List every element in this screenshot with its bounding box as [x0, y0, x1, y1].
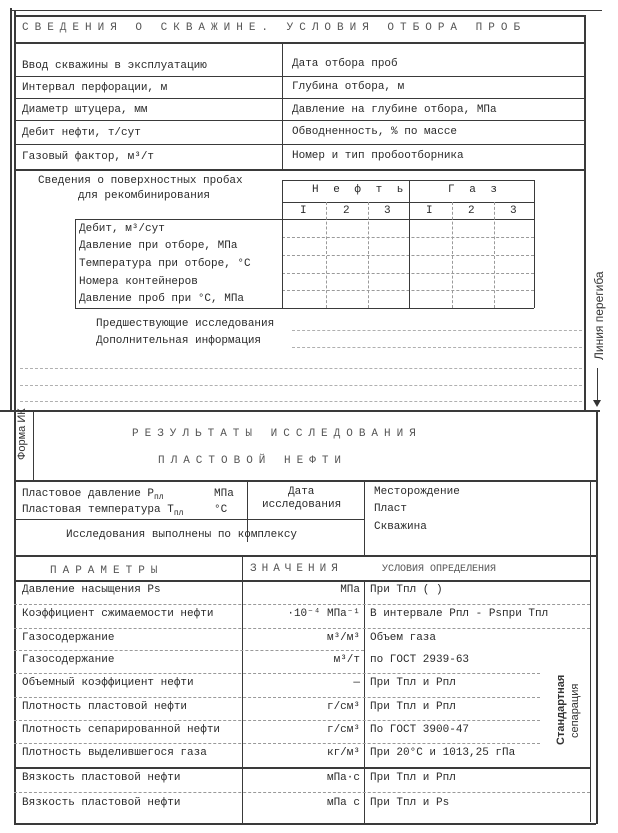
surface-samples-heading-2: для рекомбинирования [78, 190, 210, 203]
samples-table-line [282, 237, 534, 238]
label-additional-info: Дополнительная информация [96, 335, 261, 348]
header-parameters: ПАРАМЕТРЫ [50, 565, 163, 578]
param-unit: кг/м³ [242, 747, 360, 760]
params-row-line [14, 767, 590, 769]
standard-separation-label-1: Стандартная [555, 675, 567, 745]
col-gas-2: 2 [468, 205, 475, 218]
unit-celsius: °C [214, 504, 227, 517]
grid-divider [282, 44, 283, 169]
sec2-border-right [596, 412, 598, 824]
param-unit: ·10⁻⁴ МПа⁻¹ [242, 608, 360, 621]
sec2-border-left [14, 412, 16, 824]
header-conditions: УСЛОВИЯ ОПРЕДЕЛЕНИЯ [382, 563, 496, 576]
label-layer: Пласт [374, 503, 407, 516]
params-row-line [14, 673, 540, 674]
fold-arrow-icon [593, 400, 601, 407]
params-header-bottom [14, 580, 590, 582]
label-choke-diameter: Диаметр штуцера, мм [22, 104, 147, 117]
samples-table-divider [282, 180, 283, 308]
label-gas-factor: Газовый фактор, м³/т [22, 151, 154, 164]
col-oil-3: 3 [384, 205, 391, 218]
grid-line [14, 169, 584, 171]
param-condition: При Тпл и Рпл [370, 772, 456, 785]
params-row-line [14, 697, 540, 698]
samples-col-line [494, 202, 495, 308]
param-condition: При Тпл ( ) [370, 584, 443, 597]
params-row-line [14, 650, 364, 651]
param-condition: При Тпл и Рпл [370, 701, 456, 714]
form-label: Форма ИК [16, 408, 28, 460]
col-oil-1: I [300, 205, 307, 218]
additional-info-field[interactable] [292, 347, 582, 348]
label-oil-rate: Дебит нефти, т/сут [22, 127, 141, 140]
additional-info-field-4[interactable] [20, 401, 582, 402]
grid-line [14, 144, 584, 145]
samples-table-line [282, 273, 534, 274]
param-condition: По ГОСТ 3900-47 [370, 724, 469, 737]
label-sampling-depth: Глубина отбора, м [292, 81, 404, 94]
param-name: Плотность пластовой нефти [22, 701, 187, 714]
param-condition: В интервале Рпл - Psпри Тпл [370, 608, 548, 621]
samples-table-bottom [75, 308, 534, 309]
group-oil: Н е ф т ь [312, 184, 407, 197]
param-unit: мПа с [242, 797, 360, 810]
additional-info-field-2[interactable] [20, 368, 582, 369]
top-border [10, 10, 602, 11]
fold-line-label: Линия перегиба [592, 271, 606, 360]
grid-line [14, 98, 584, 99]
param-unit: МПа [242, 584, 360, 597]
row-sample-pressure: Давление проб при °C, МПа [79, 293, 244, 306]
label-water-cut: Обводненность, % по массе [292, 126, 457, 139]
param-condition: Объем газа [370, 632, 436, 645]
param-condition: При Тпл и Ps [370, 797, 449, 810]
samples-table-line [75, 219, 534, 220]
row-surface-rate: Дебит, м³/сут [79, 223, 165, 236]
label-research-complex: Исследования выполнены по комплексу [66, 529, 297, 542]
params-row-line [14, 792, 590, 793]
group-gas: Г а з [448, 184, 501, 197]
col-oil-2: 2 [343, 205, 350, 218]
sec2-header-top [14, 480, 596, 482]
title-box-top [14, 15, 584, 17]
section2-title-1: РЕЗУЛЬТАТЫ ИССЛЕДОВАНИЯ [132, 428, 422, 441]
standard-separation-label-2: сепарация [569, 684, 581, 738]
outer-border-left-inner [14, 10, 16, 410]
grid-line [14, 120, 584, 121]
param-name: Плотность выделившегося газа [22, 747, 207, 760]
outer-border-right [584, 15, 586, 410]
label-sampler-type: Номер и тип пробоотборника [292, 150, 464, 163]
param-condition: по ГОСТ 2939-63 [370, 654, 469, 667]
params-row-line [14, 720, 540, 721]
param-unit: мПа·с [242, 772, 360, 785]
param-name: Давление насыщения Ps [22, 584, 161, 597]
grid-line [14, 76, 584, 77]
col-gas-1: I [426, 205, 433, 218]
param-unit: м³/м³ [242, 632, 360, 645]
samples-table-line [282, 202, 534, 203]
samples-table-left [75, 219, 76, 308]
param-condition: При 20°C и 1013,25 гПа [370, 747, 515, 760]
params-row-line [14, 604, 590, 605]
samples-table-divider [409, 180, 410, 308]
param-unit: м³/т [242, 654, 360, 667]
fold-separator [0, 410, 600, 412]
label-date-2: исследования [262, 499, 341, 512]
row-surface-temp: Температура при отборе, °C [79, 258, 251, 271]
row-surface-pressure: Давление при отборе, МПа [79, 240, 237, 253]
sec2-header-bottom [14, 555, 596, 557]
label-well-commissioning: Ввод скважины в эксплуатацию [22, 60, 207, 73]
label-depth-pressure: Давление на глубине отбора, МПа [292, 104, 497, 117]
param-name: Объемный коэффициент нефти [22, 677, 194, 690]
additional-info-field-3[interactable] [20, 385, 582, 386]
title-box-bottom [14, 42, 584, 44]
samples-table-line [282, 255, 534, 256]
label-reservoir-temp: Пластовая температура Тпл [22, 504, 183, 520]
outer-border-left [10, 8, 12, 410]
sec2-border-right-inner [590, 480, 591, 822]
params-col-divider [364, 580, 365, 823]
samples-table-line [282, 290, 534, 291]
label-well: Скважина [374, 521, 427, 534]
param-unit: г/см³ [242, 724, 360, 737]
row-containers: Номера контейнеров [79, 276, 198, 289]
param-name: Коэффициент сжимаемости нефти [22, 608, 213, 621]
samples-table-right [534, 180, 535, 308]
label-perforation-interval: Интервал перфорации, м [22, 82, 167, 95]
form-label-divider [33, 412, 34, 480]
surface-samples-heading-1: Сведения о поверхностных пробах [38, 175, 243, 188]
param-name: Газосодержание [22, 654, 114, 667]
header-values: ЗНАЧЕНИЯ [250, 563, 343, 576]
label-sampling-date: Дата отбора проб [292, 58, 398, 71]
params-table-bottom [14, 823, 596, 825]
param-condition: При Тпл и Рпл [370, 677, 456, 690]
unit-mpa: МПа [214, 488, 234, 501]
param-name: Вязкость пластовой нефти [22, 797, 180, 810]
params-row-line [14, 628, 590, 629]
samples-table-top [282, 180, 534, 181]
param-unit: — [242, 677, 360, 690]
param-name: Газосодержание [22, 632, 114, 645]
previous-research-field[interactable] [292, 330, 582, 331]
param-name: Плотность сепарированной нефти [22, 724, 220, 737]
samples-col-line [368, 202, 369, 308]
samples-col-line [452, 202, 453, 308]
col-gas-3: 3 [510, 205, 517, 218]
section2-title-2: ПЛАСТОВОЙ НЕФТИ [158, 455, 347, 468]
samples-col-line [326, 202, 327, 308]
label-previous-research: Предшествующие исследования [96, 318, 274, 331]
section1-title: СВЕДЕНИЯ О СКВАЖИНЕ. УСЛОВИЯ ОТБОРА ПРОБ [22, 22, 526, 35]
label-field: Месторождение [374, 486, 460, 499]
param-name: Вязкость пластовой нефти [22, 772, 180, 785]
label-date-1: Дата [288, 486, 314, 499]
param-unit: г/см³ [242, 701, 360, 714]
params-row-line [14, 743, 540, 744]
sec2-header-divider [364, 480, 365, 555]
label-reservoir-pressure: Пластовое давление Рпл [22, 488, 164, 504]
fold-arrow-shaft [597, 368, 598, 404]
